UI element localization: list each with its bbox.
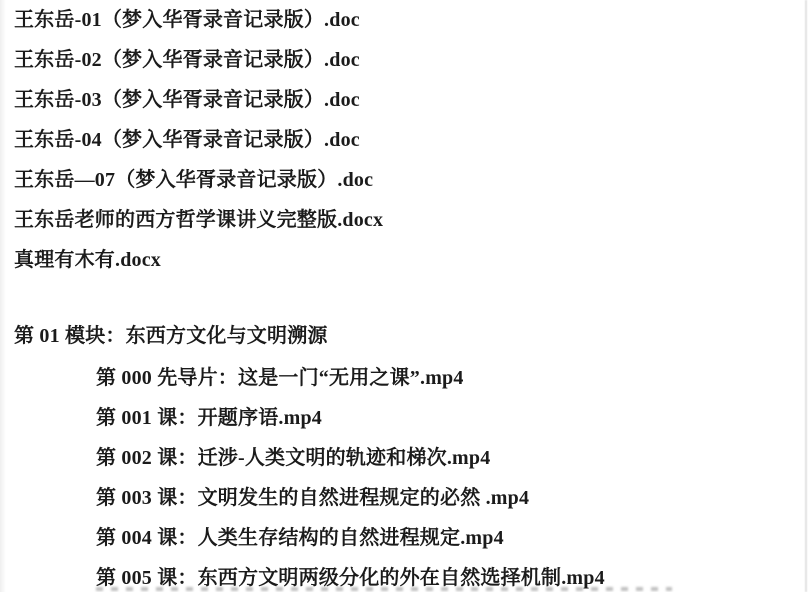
file-item: 王东岳老师的西方哲学课讲义完整版.docx bbox=[0, 200, 809, 240]
lesson-item: 第 002 课：迁涉-人类文明的轨迹和梯次.mp4 bbox=[0, 438, 809, 478]
file-item: 王东岳—07（梦入华胥录音记录版）.doc bbox=[0, 160, 809, 200]
document-list: 王东岳-01（梦入华胥录音记录版）.doc 王东岳-02（梦入华胥录音记录版）.… bbox=[0, 0, 809, 280]
file-item: 真理有木有.docx bbox=[0, 240, 809, 280]
lesson-item: 第 001 课：开题序语.mp4 bbox=[0, 398, 809, 438]
document-page: 王东岳-01（梦入华胥录音记录版）.doc 王东岳-02（梦入华胥录音记录版）.… bbox=[0, 0, 809, 592]
lesson-item: 第 000 先导片：这是一门“无用之课”.mp4 bbox=[0, 358, 809, 398]
file-item: 王东岳-04（梦入华胥录音记录版）.doc bbox=[0, 120, 809, 160]
file-item: 王东岳-01（梦入华胥录音记录版）.doc bbox=[0, 0, 809, 40]
lesson-list: 第 000 先导片：这是一门“无用之课”.mp4 第 001 课：开题序语.mp… bbox=[0, 358, 809, 592]
left-edge-shade bbox=[0, 0, 6, 592]
lesson-item: 第 003 课：文明发生的自然进程规定的必然 .mp4 bbox=[0, 478, 809, 518]
section-gap bbox=[0, 280, 809, 316]
lesson-item: 第 004 课：人类生存结构的自然进程规定.mp4 bbox=[0, 518, 809, 558]
cutoff-next-line-artifact bbox=[96, 587, 672, 591]
file-item: 王东岳-02（梦入华胥录音记录版）.doc bbox=[0, 40, 809, 80]
right-edge-line bbox=[805, 0, 807, 592]
file-item: 王东岳-03（梦入华胥录音记录版）.doc bbox=[0, 80, 809, 120]
module-heading: 第 01 模块：东西方文化与文明溯源 bbox=[0, 316, 809, 356]
